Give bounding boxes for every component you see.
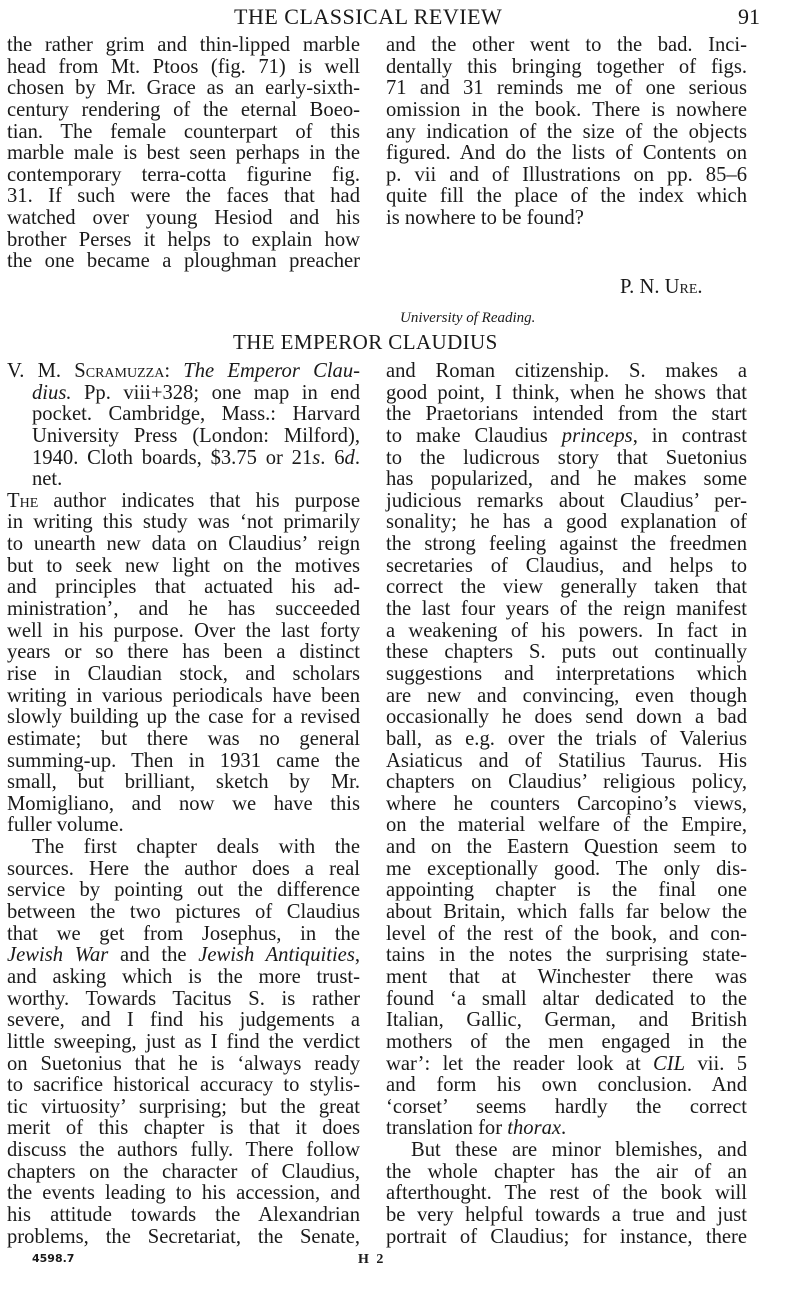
review-right-column: and Roman citizenship. S. makes agood po… — [386, 361, 747, 1248]
text-line: to sacrifice historical accuracy to styl… — [7, 1075, 360, 1097]
text-line: but to seek new light on the motives — [7, 556, 360, 578]
text-line: little sweeping, just as I find the verd… — [7, 1032, 360, 1054]
text-line: writing in various periodicals have been — [7, 686, 360, 708]
text-line: secretaries of Claudius, and helps to — [386, 556, 747, 578]
text-line: slowly building up the case for a revise… — [7, 707, 360, 729]
text-line: p. vii and of Illustrations on pp. 85–6 — [386, 165, 747, 187]
text-line: Italian, Gallic, German, and British — [386, 1010, 747, 1032]
text-line: years or so there has been a distinct — [7, 642, 360, 664]
text-line: sources. Here the author does a real — [7, 859, 360, 881]
text-line: about Britain, which falls far below the — [386, 902, 747, 924]
text-line: quite fill the place of the index which — [386, 186, 747, 208]
text-line: are new and convincing, even though — [386, 686, 747, 708]
text-line: ministration’, and he has succeeded — [7, 599, 360, 621]
text-line: century rendering of the eternal Boeo- — [7, 100, 360, 122]
text-line: well in his purpose. Over the last forty — [7, 621, 360, 643]
text-line: omission in the book. There is nowhere — [386, 100, 747, 122]
text-line: tian. The female counterpart of this — [7, 122, 360, 144]
text-line: Asiaticus and of Statilius Taurus. His — [386, 751, 747, 773]
text-line: Jewish War and the Jewish Antiquities, — [7, 945, 360, 967]
text-line: is nowhere to be found? — [386, 208, 747, 230]
text-line: me exceptionally good. The only dis- — [386, 859, 747, 881]
text-line: the events leading to his accession, and — [7, 1183, 360, 1205]
text-line: ball, as e.g. over the trials of Valeriu… — [386, 729, 747, 751]
text-line: small, but brilliant, sketch by Mr. — [7, 772, 360, 794]
text-line: The author indicates that his purpose — [7, 491, 360, 513]
text-line: to the ludicrous story that Suetonius — [386, 448, 747, 470]
book-citation: V. M. Scramuzza: The Emperor Clau- dius.… — [7, 361, 360, 491]
text-line: chapters on the character of Claudius, — [7, 1162, 360, 1184]
text-line: and on the Eastern Question seem to — [386, 837, 747, 859]
text-line: any indication of the size of the object… — [386, 122, 747, 144]
text-line: a weakening of his powers. In fact in — [386, 621, 747, 643]
text-line: and the other went to the bad. Inci- — [386, 35, 747, 57]
text-line: has popularized, and he makes some — [386, 469, 747, 491]
text-line: the one became a ploughman preacher — [7, 251, 360, 273]
text-line: the whole chapter has the air of an — [386, 1162, 747, 1184]
text-line: occasionally he does send down a bad — [386, 707, 747, 729]
text-line: to unearth new data on Claudius’ reign — [7, 534, 360, 556]
text-line: the Praetorians intended from the start — [386, 404, 747, 426]
text-line: appointing chapter is the final one — [386, 880, 747, 902]
review-left-column: V. M. Scramuzza: The Emperor Clau- dius.… — [7, 361, 360, 1248]
page-number: 91 — [738, 4, 760, 30]
review-body-left: The author indicates that his purposein … — [7, 491, 360, 1248]
text-line: and form his own conclusion. And — [386, 1075, 747, 1097]
text-line: suggestions and interpretations which — [386, 664, 747, 686]
text-line: translation for thorax. — [386, 1118, 747, 1140]
reviewer-signature: P. N. Ure. — [620, 276, 703, 299]
text-line: But these are minor blemishes, and — [386, 1140, 747, 1162]
text-line: that we get from Josephus, in the — [7, 924, 360, 946]
text-line: the last four years of the reign manifes… — [386, 599, 747, 621]
text-line: to make Claudius princeps, in contrast — [386, 426, 747, 448]
text-line: afterthought. The rest of the book will — [386, 1183, 747, 1205]
text-line: be very helpful towards a true and just — [386, 1205, 747, 1227]
text-line: 31. If such were the faces that had — [7, 186, 360, 208]
text-line: his attitude towards the Alexandrian — [7, 1205, 360, 1227]
citation-title: The Emperor Clau- — [183, 360, 360, 382]
text-line: and Roman citizenship. S. makes a — [386, 361, 747, 383]
text-line: 71 and 31 reminds me of one serious — [386, 78, 747, 100]
text-line: The first chapter deals with the — [7, 837, 360, 859]
text-line: mothers of the men engaged in the — [386, 1032, 747, 1054]
printer-signature-mark: 4598.7 — [32, 1252, 74, 1265]
text-line: on the material welfare of the Empire, — [386, 815, 747, 837]
journal-title: THE CLASSICAL REVIEW — [234, 4, 502, 30]
text-line: tains in the notes the surprising state- — [386, 945, 747, 967]
text-line: worthy. Towards Tacitus S. is rather — [7, 989, 360, 1011]
text-line: the rather grim and thin-lipped marble — [7, 35, 360, 57]
text-line: severe, and I find his judgements a — [7, 1010, 360, 1032]
text-line: between the two pictures of Claudius — [7, 902, 360, 924]
text-line: in writing this study was ‘not primarily — [7, 512, 360, 534]
text-line: the strong feeling against the freedmen — [386, 534, 747, 556]
previous-review-left-column: the rather grim and thin-lipped marblehe… — [7, 35, 360, 273]
text-line: chapters on Claudius’ religious policy, — [386, 772, 747, 794]
text-line: watched over young Hesiod and his — [7, 208, 360, 230]
text-line: judicious remarks about Claudius’ per- — [386, 491, 747, 513]
text-line: discuss the authors fully. There follow — [7, 1140, 360, 1162]
text-line: tic virtuosity’ surprising; but the grea… — [7, 1097, 360, 1119]
text-line: correct the view generally taken that — [386, 577, 747, 599]
text-line: ment that at Winchester there was — [386, 967, 747, 989]
text-line: dentally this bringing together of figs. — [386, 57, 747, 79]
text-line: brother Perses it helps to explain how — [7, 230, 360, 252]
text-line: estimate; but there was no general — [7, 729, 360, 751]
gathering-mark: H 2 — [358, 1252, 385, 1268]
text-line: where he counters Carcopino’s views, — [386, 794, 747, 816]
text-line: and asking which is the more trust- — [7, 967, 360, 989]
text-line: on Suetonius that he is ‘always ready — [7, 1054, 360, 1076]
text-line: sonality; he has a good explanation of — [386, 512, 747, 534]
text-line: found ‘a small altar dedicated to the — [386, 989, 747, 1011]
reviewer-affiliation: University of Reading. — [400, 310, 535, 327]
text-line: Momigliano, and now we have this — [7, 794, 360, 816]
citation-author: V. M. Scramuzza — [7, 360, 164, 382]
text-line: and principles that actuated his ad- — [7, 577, 360, 599]
section-title: THE EMPEROR CLAUDIUS — [233, 330, 498, 355]
text-line: ‘corset’ seems hardly the correct — [386, 1097, 747, 1119]
text-line: good point, I think, when he shows that — [386, 383, 747, 405]
text-line: rise in Claudian stock, and scholars — [7, 664, 360, 686]
text-line: these chapters S. puts out continually — [386, 642, 747, 664]
text-line: figured. And do the lists of Contents on — [386, 143, 747, 165]
text-line: service by pointing out the difference — [7, 880, 360, 902]
text-line: contemporary terra-cotta figurine fig. — [7, 165, 360, 187]
text-line: war’: let the reader look at CIL vii. 5 — [386, 1054, 747, 1076]
text-line: marble male is best seen perhaps in the — [7, 143, 360, 165]
text-line: merit of this chapter is that it does — [7, 1118, 360, 1140]
text-line: portrait of Claudius; for instance, ther… — [386, 1227, 747, 1249]
previous-review-right-column: and the other went to the bad. Inci-dent… — [386, 35, 747, 230]
text-line: level of the rest of the book, and con- — [386, 924, 747, 946]
text-line: fuller volume. — [7, 815, 360, 837]
text-line: summing-up. Then in 1931 came the — [7, 751, 360, 773]
text-line: head from Mt. Ptoos (fig. 71) is well — [7, 57, 360, 79]
text-line: problems, the Secretariat, the Senate, — [7, 1227, 360, 1249]
text-line: chosen by Mr. Grace as an early-sixth- — [7, 78, 360, 100]
